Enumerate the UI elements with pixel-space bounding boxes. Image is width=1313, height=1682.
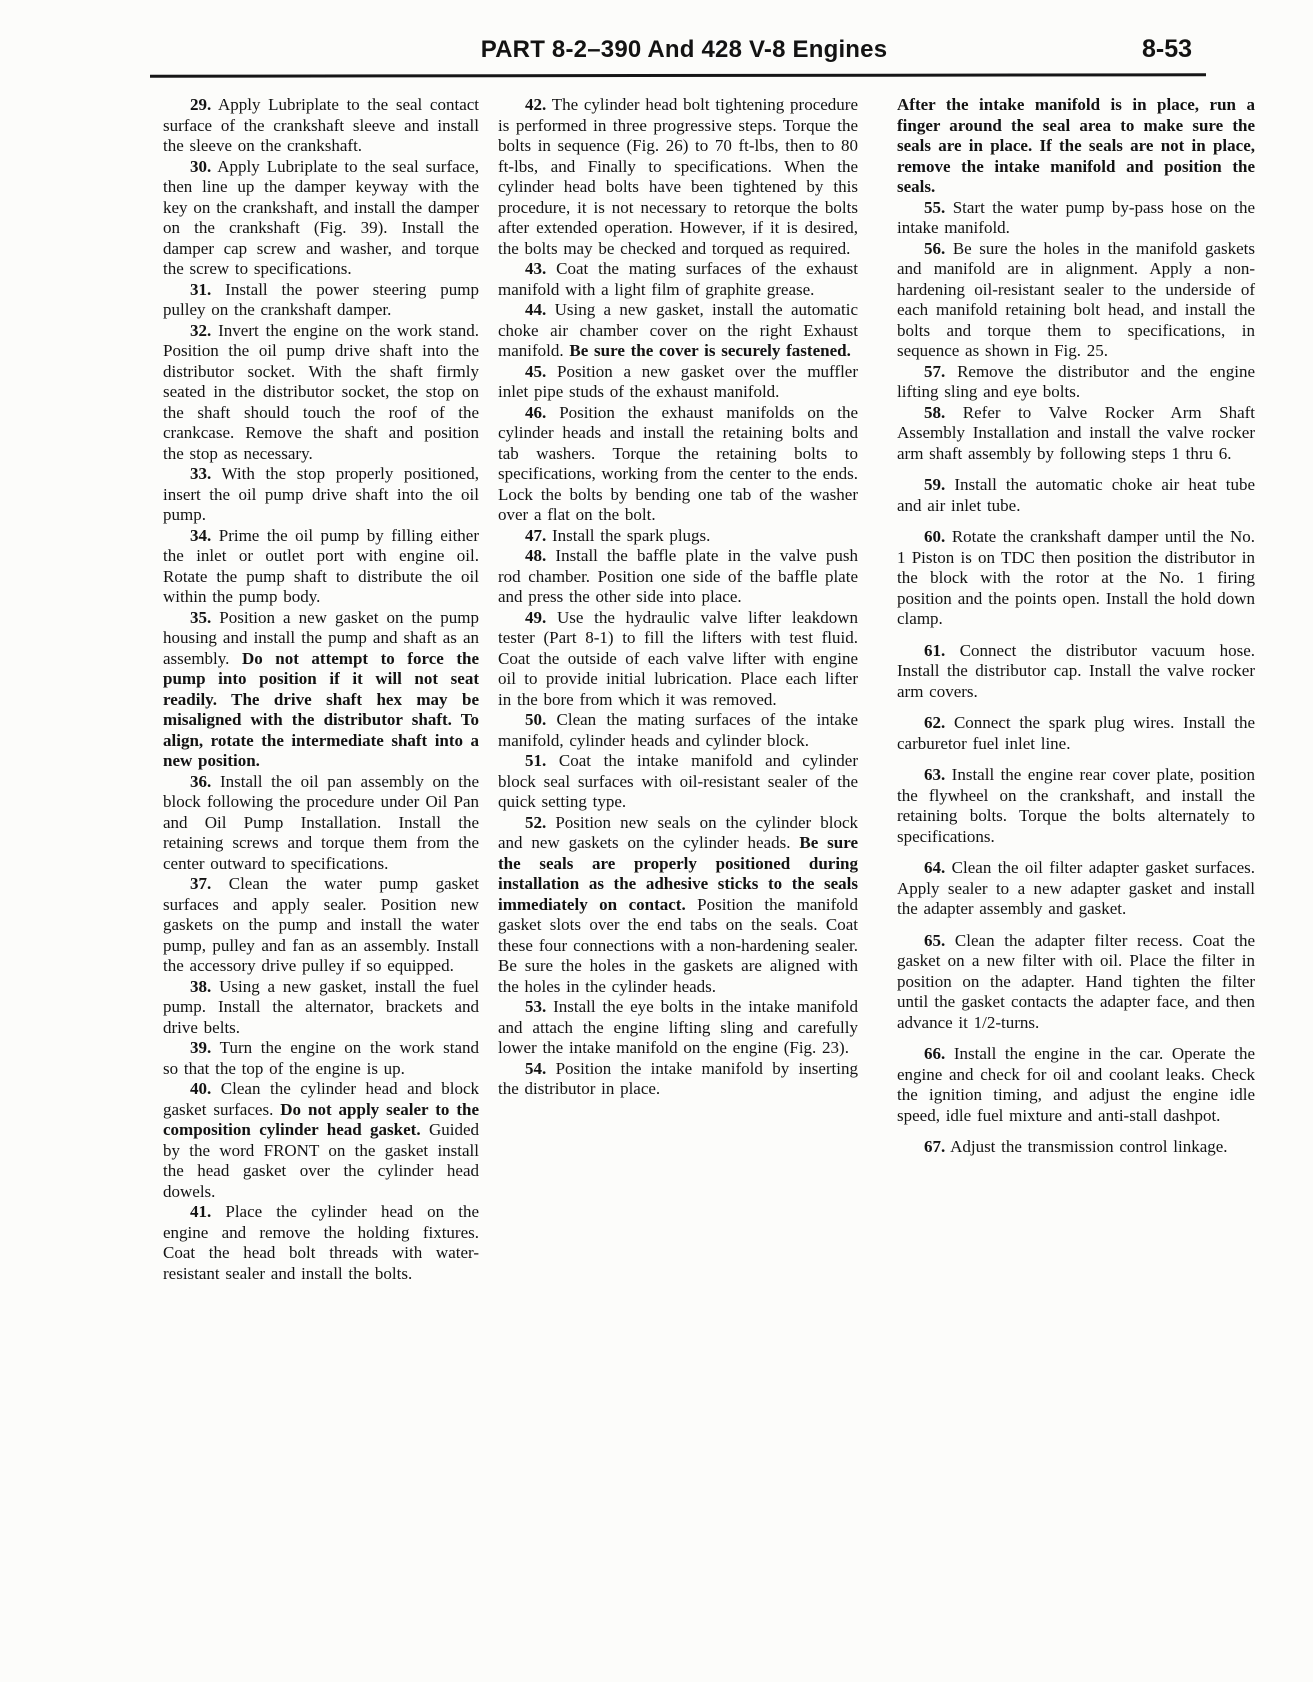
step-paragraph-35: 35. Position a new gasket on the pump ho… xyxy=(163,608,479,772)
body-text: Install the power steering pump pulley o… xyxy=(163,280,479,320)
step-paragraph-41: 41. Place the cylinder head on the engin… xyxy=(163,1202,479,1284)
step-number: 37. xyxy=(190,874,211,893)
header-rule xyxy=(150,73,1206,77)
step-number: 59. xyxy=(924,475,945,494)
step-number: 60. xyxy=(924,527,945,546)
step-number: 67. xyxy=(924,1137,945,1156)
step-paragraph-47: 47. Install the spark plugs. xyxy=(498,526,858,547)
step-number: 53. xyxy=(525,997,546,1016)
body-text: Apply Lubriplate to the seal surface, th… xyxy=(163,157,479,279)
step-number: 56. xyxy=(924,239,945,258)
text-column-2: 42. The cylinder head bolt tightening pr… xyxy=(498,95,858,1100)
step-number: 40. xyxy=(190,1079,211,1098)
body-text: The cylinder head bolt tightening proced… xyxy=(498,95,858,258)
body-text: Turn the engine on the work stand so tha… xyxy=(163,1038,479,1078)
step-number: 61. xyxy=(924,641,945,660)
body-text: Be sure the holes in the manifold gasket… xyxy=(897,239,1255,361)
step-paragraph-38: 38. Using a new gasket, install the fuel… xyxy=(163,977,479,1039)
body-text: Install the baffle plate in the valve pu… xyxy=(498,546,858,606)
bold-instruction-text: After the intake manifold is in place, r… xyxy=(897,95,1255,196)
step-paragraph-44: 44. Using a new gasket, install the auto… xyxy=(498,300,858,362)
step-paragraph-54: 54. Position the intake manifold by inse… xyxy=(498,1059,858,1100)
step-paragraph-58: 58. Refer to Valve Rocker Arm Shaft Asse… xyxy=(897,403,1255,465)
step-paragraph-51: 51. Coat the intake manifold and cylinde… xyxy=(498,751,858,813)
step-paragraph-62: 62. Connect the spark plug wires. Instal… xyxy=(897,713,1255,754)
step-number: 62. xyxy=(924,713,945,732)
step-paragraph-64: 64. Clean the oil filter adapter gasket … xyxy=(897,858,1255,920)
step-paragraph-53: 53. Install the eye bolts in the intake … xyxy=(498,997,858,1059)
step-paragraph-39: 39. Turn the engine on the work stand so… xyxy=(163,1038,479,1079)
body-text: Clean the oil filter adapter gasket surf… xyxy=(897,858,1255,918)
body-text: Connect the distributor vacuum hose. Ins… xyxy=(897,641,1255,701)
body-text: Position the exhaust manifolds on the cy… xyxy=(498,403,858,525)
step-number: 32. xyxy=(190,321,211,340)
step-number: 43. xyxy=(525,259,546,278)
body-text: With the stop properly positioned, inser… xyxy=(163,464,479,524)
step-number: 30. xyxy=(190,157,211,176)
step-number: 39. xyxy=(190,1038,211,1057)
step-number: 36. xyxy=(190,772,211,791)
body-text: Clean the mating surfaces of the intake … xyxy=(498,710,858,750)
text-column-1: 29. Apply Lubriplate to the seal contact… xyxy=(163,95,479,1284)
body-text: Prime the oil pump by filling either the… xyxy=(163,526,479,607)
body-text: Install the spark plugs. xyxy=(552,526,710,545)
step-paragraph-32: 32. Invert the engine on the work stand.… xyxy=(163,321,479,465)
body-text: Start the water pump by-pass hose on the… xyxy=(897,198,1255,238)
body-text: Install the eye bolts in the intake mani… xyxy=(498,997,858,1057)
step-paragraph-37: 37. Clean the water pump gasket surfaces… xyxy=(163,874,479,977)
step-paragraph-30: 30. Apply Lubriplate to the seal surface… xyxy=(163,157,479,280)
step-paragraph-66: 66. Install the engine in the car. Opera… xyxy=(897,1044,1255,1126)
page-header-title: PART 8-2–390 And 428 V-8 Engines xyxy=(163,36,1205,64)
step-number: 41. xyxy=(190,1202,211,1221)
body-text: Install the oil pan assembly on the bloc… xyxy=(163,772,479,873)
body-text: Place the cylinder head on the engine an… xyxy=(163,1202,479,1283)
step-paragraph-65: 65. Clean the adapter filter recess. Coa… xyxy=(897,931,1255,1034)
step-number: 47. xyxy=(525,526,546,545)
step-paragraph-36: 36. Install the oil pan assembly on the … xyxy=(163,772,479,875)
step-number: 34. xyxy=(190,526,211,545)
body-text: Clean the adapter filter recess. Coat th… xyxy=(897,931,1255,1032)
step-number: 46. xyxy=(525,403,546,422)
step-paragraph-52: 52. Position new seals on the cylinder b… xyxy=(498,813,858,998)
step-number: 57. xyxy=(924,362,945,381)
step-number: 51. xyxy=(525,751,546,770)
step-number: 29. xyxy=(190,95,211,114)
step-paragraph-67: 67. Adjust the transmission control link… xyxy=(897,1137,1255,1158)
body-text: Install the engine rear cover plate, pos… xyxy=(897,765,1255,846)
step-paragraph-31: 31. Install the power steering pump pull… xyxy=(163,280,479,321)
body-text: Refer to Valve Rocker Arm Shaft Assembly… xyxy=(897,403,1255,463)
step-number: 42. xyxy=(525,95,546,114)
step-number: 38. xyxy=(190,977,211,996)
step-number: 50. xyxy=(525,710,546,729)
step-number: 54. xyxy=(525,1059,546,1078)
body-text: Adjust the transmission control linkage. xyxy=(950,1137,1228,1156)
step-paragraph-63: 63. Install the engine rear cover plate,… xyxy=(897,765,1255,847)
step-number: 31. xyxy=(190,280,211,299)
step-paragraph-48: 48. Install the baffle plate in the valv… xyxy=(498,546,858,608)
body-text: Install the engine in the car. Operate t… xyxy=(897,1044,1255,1125)
body-text: Coat the intake manifold and cylinder bl… xyxy=(498,751,858,811)
body-text: Remove the distributor and the engine li… xyxy=(897,362,1255,402)
step-number: 65. xyxy=(924,931,945,950)
step-number: 55. xyxy=(924,198,945,217)
body-text: Position a new gasket over the muffler i… xyxy=(498,362,858,402)
bold-instruction-text: Be sure the cover is securely fastened. xyxy=(569,341,850,360)
step-paragraph-59: 59. Install the automatic choke air heat… xyxy=(897,475,1255,516)
step-paragraph-61: 61. Connect the distributor vacuum hose.… xyxy=(897,641,1255,703)
step-paragraph-40: 40. Clean the cylinder head and block ga… xyxy=(163,1079,479,1202)
step-paragraph-42: 42. The cylinder head bolt tightening pr… xyxy=(498,95,858,259)
step-paragraph-45: 45. Position a new gasket over the muffl… xyxy=(498,362,858,403)
body-text: Apply Lubriplate to the seal contact sur… xyxy=(163,95,479,155)
body-text: Install the automatic choke air heat tub… xyxy=(897,475,1255,515)
body-text: Rotate the crankshaft damper until the N… xyxy=(897,527,1255,628)
step-paragraph-60: 60. Rotate the crankshaft damper until t… xyxy=(897,527,1255,630)
step-number: 64. xyxy=(924,858,945,877)
step-number: 49. xyxy=(525,608,546,627)
body-text: Use the hydraulic valve lifter leakdown … xyxy=(498,608,858,709)
step-paragraph-29: 29. Apply Lubriplate to the seal contact… xyxy=(163,95,479,157)
step-number: 66. xyxy=(924,1044,945,1063)
body-text: Coat the mating surfaces of the exhaust … xyxy=(498,259,858,299)
step-number: 35. xyxy=(190,608,211,627)
step-paragraph-46: 46. Position the exhaust manifolds on th… xyxy=(498,403,858,526)
step-paragraph-50: 50. Clean the mating surfaces of the int… xyxy=(498,710,858,751)
page-number: 8-53 xyxy=(1142,35,1212,64)
text-column-3: After the intake manifold is in place, r… xyxy=(897,95,1255,1158)
step-paragraph-33: 33. With the stop properly positioned, i… xyxy=(163,464,479,526)
step-number: 45. xyxy=(525,362,546,381)
step-paragraph-56: 56. Be sure the holes in the manifold ga… xyxy=(897,239,1255,362)
step-number: 58. xyxy=(924,403,945,422)
body-text: Position the intake manifold by insertin… xyxy=(498,1059,858,1099)
manual-page: PART 8-2–390 And 428 V-8 Engines 8-53 29… xyxy=(0,0,1313,1682)
step-number: 63. xyxy=(924,765,945,784)
step-number: 52. xyxy=(525,813,546,832)
body-text: Connect the spark plug wires. Install th… xyxy=(897,713,1255,753)
body-text: Invert the engine on the work stand. Pos… xyxy=(163,321,479,463)
continuation-paragraph: After the intake manifold is in place, r… xyxy=(897,95,1255,198)
step-number: 44. xyxy=(525,300,546,319)
step-number: 48. xyxy=(525,546,546,565)
step-number: 33. xyxy=(190,464,211,483)
body-text: Clean the water pump gasket surfaces and… xyxy=(163,874,479,975)
step-paragraph-49: 49. Use the hydraulic valve lifter leakd… xyxy=(498,608,858,711)
body-text: Using a new gasket, install the fuel pum… xyxy=(163,977,479,1037)
step-paragraph-55: 55. Start the water pump by-pass hose on… xyxy=(897,198,1255,239)
step-paragraph-57: 57. Remove the distributor and the engin… xyxy=(897,362,1255,403)
step-paragraph-34: 34. Prime the oil pump by filling either… xyxy=(163,526,479,608)
step-paragraph-43: 43. Coat the mating surfaces of the exha… xyxy=(498,259,858,300)
